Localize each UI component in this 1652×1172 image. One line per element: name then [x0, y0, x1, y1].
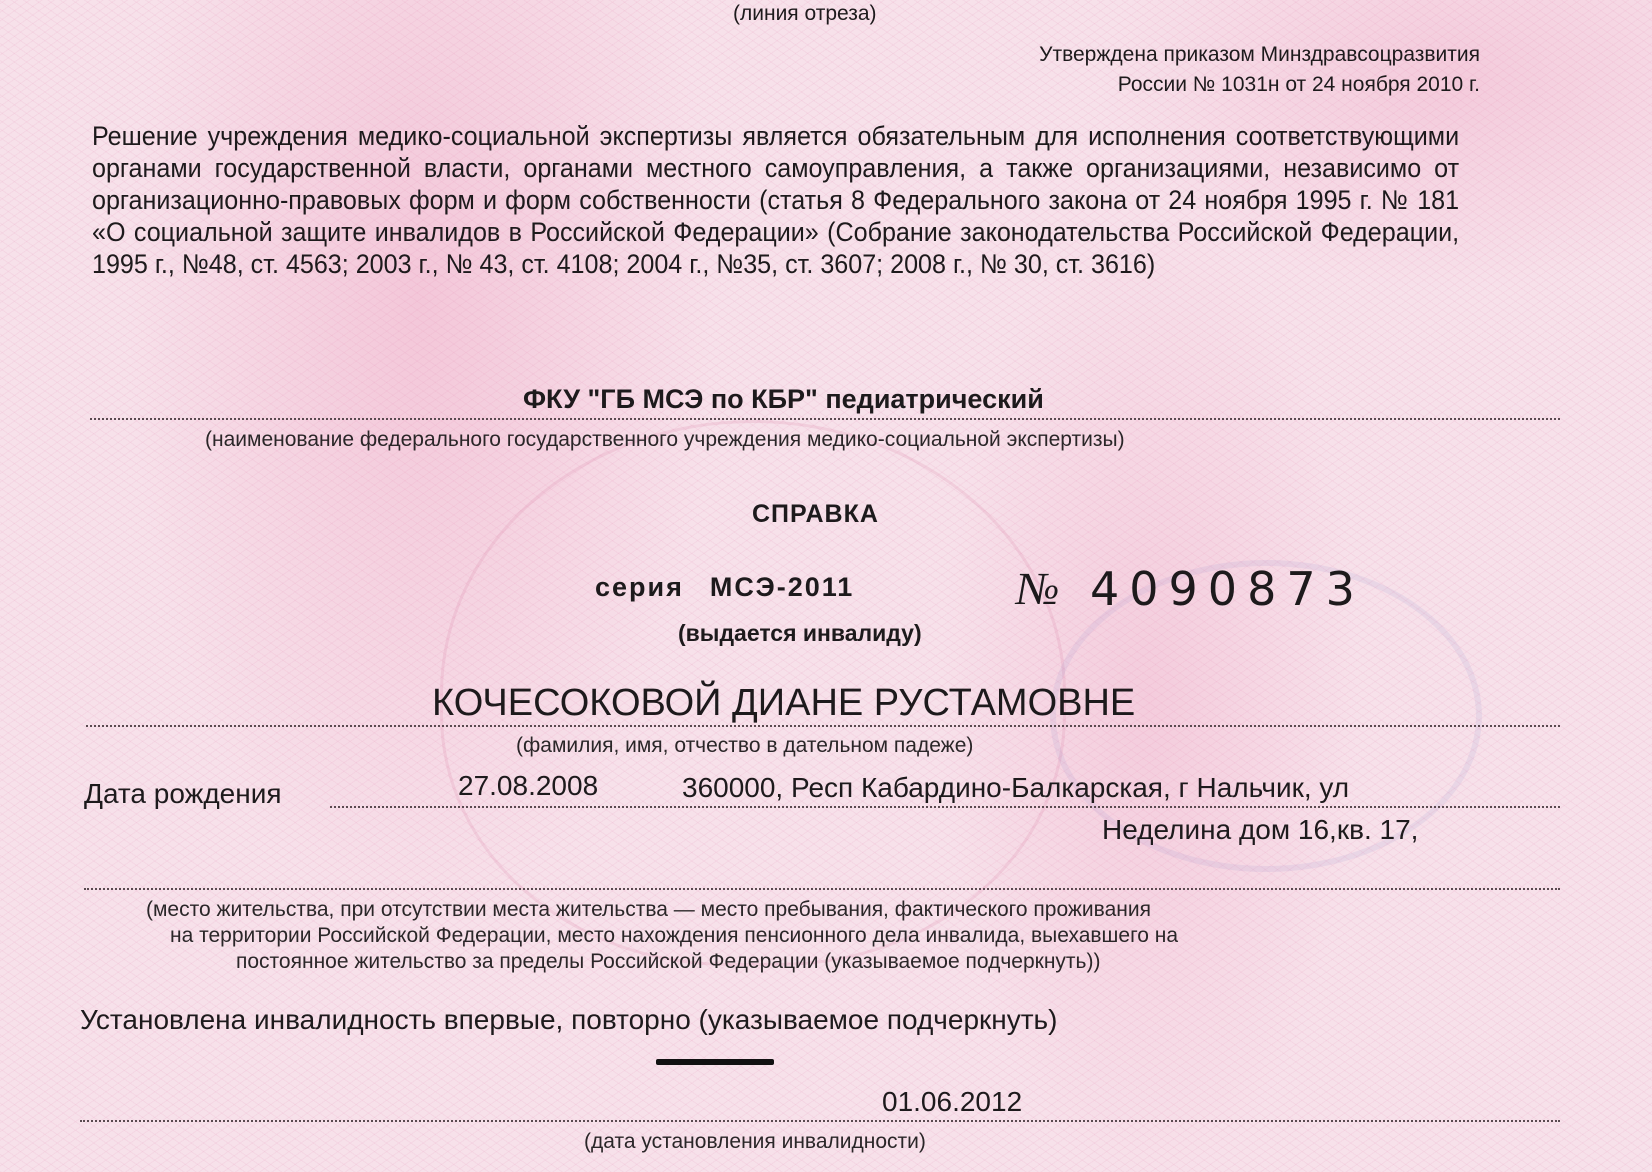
document-title: СПРАВКА: [752, 500, 879, 529]
address-line-2: Неделина дом 16,кв. 17,: [1102, 814, 1418, 846]
series: серияМСЭ-2011: [595, 572, 854, 603]
disability-statement: Установлена инвалидность впервые, повтор…: [80, 1004, 1057, 1036]
approval-line-2: России № 1031н от 24 ноября 2010 г.: [1039, 70, 1480, 100]
birth-date-value: 27.08.2008: [458, 770, 598, 802]
series-label: серия: [595, 572, 684, 602]
address-caption-line-3: постоянное жительство за пределы Российс…: [236, 950, 1100, 974]
disability-date-underline: [80, 1120, 1560, 1122]
address-caption-line-2: на территории Российской Федерации, мест…: [170, 924, 1178, 948]
recipient-underline: [86, 725, 1560, 727]
institution-name: ФКУ "ГБ МСЭ по КБР" педиатрический: [523, 384, 1044, 415]
institution-underline: [90, 418, 1560, 420]
certificate-number: 4090873: [1090, 562, 1365, 616]
issued-to-note: (выдается инвалиду): [678, 620, 922, 647]
approval-line-1: Утверждена приказом Минздравсоцразвития: [1039, 40, 1480, 70]
disability-date-caption: (дата установления инвалидности): [584, 1130, 926, 1154]
series-value: МСЭ-2011: [710, 572, 854, 602]
legal-paragraph: Решение учреждения медико-социальной экс…: [92, 120, 1459, 280]
address-line-1: 360000, Респ Кабардино-Балкарская, г Нал…: [682, 772, 1349, 804]
institution-caption: (наименование федерального государственн…: [205, 428, 1125, 452]
address-caption-line-1: (место жительства, при отсутствии места …: [146, 898, 1151, 922]
cut-line-label: (линия отреза): [733, 2, 877, 26]
disability-date: 01.06.2012: [882, 1086, 1022, 1118]
number-sign: №: [1016, 562, 1059, 615]
approval-note: Утверждена приказом Минздравсоцразвития …: [1039, 40, 1480, 100]
recipient-caption: (фамилия, имя, отчество в дательном паде…: [516, 734, 973, 758]
birth-date-label: Дата рождения: [84, 778, 282, 810]
address-underline: [84, 888, 1560, 890]
birth-date-underline: [330, 806, 1560, 808]
handwritten-underline-mark: [656, 1059, 774, 1065]
recipient-name: КОЧЕСОКОВОЙ ДИАНЕ РУСТАМОВНЕ: [432, 682, 1135, 725]
